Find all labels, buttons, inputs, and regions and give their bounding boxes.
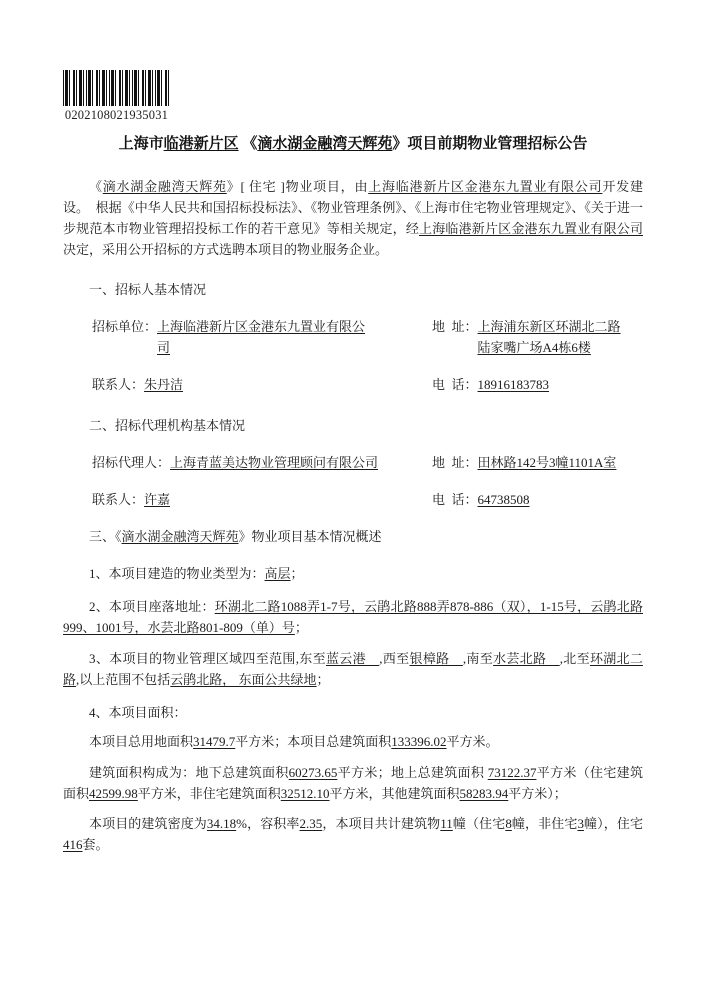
text-segment: 套。 bbox=[83, 837, 109, 852]
text-segment: 1、本项目建造的物业类型为： bbox=[89, 566, 265, 581]
text-segment: ； bbox=[291, 566, 304, 581]
underlined-text: 银樟路 bbox=[410, 651, 463, 666]
underlined-text: 34.18 bbox=[207, 816, 236, 831]
text-segment: 》物业项目基本情况概述 bbox=[239, 529, 382, 544]
text-segment: ； bbox=[295, 620, 308, 635]
field-value: 田林路142号3幢1101A室 bbox=[478, 452, 617, 473]
text-segment: 》项目前期物业管理招标公告 bbox=[392, 136, 587, 152]
underlined-text: 11 bbox=[440, 816, 453, 831]
text-segment: ,北至 bbox=[560, 651, 590, 666]
intro-paragraph: 《滴水湖金融湾天辉苑》[ 住宅 ]物业项目，由上海临港新片区金港东九置业有限公司… bbox=[63, 176, 643, 260]
underlined-text: 高层 bbox=[265, 566, 291, 581]
field-label: 联系人： bbox=[92, 374, 144, 395]
field-value: 上海临港新片区金港东九置业有限公司 bbox=[157, 316, 371, 358]
text-segment: 3、本项目的物业管理区域四至范围,东至 bbox=[89, 651, 326, 666]
underlined-text: 水芸北路 bbox=[493, 651, 560, 666]
item-location: 2、本项目座落地址：环湖北二路1088弄1-7号，云鹃北路888弄878-886… bbox=[63, 596, 643, 638]
text-segment: 平方米；本项目总建筑面积 bbox=[235, 734, 391, 749]
barcode-number: 0202108021935031 bbox=[63, 107, 170, 123]
text-segment: 本项目总用地面积 bbox=[89, 734, 193, 749]
underlined-text: 31479.7 bbox=[193, 734, 235, 749]
text-segment: 平方米，其他建筑面积 bbox=[330, 786, 460, 801]
section2-row-1: 招标代理人： 上海青蓝美达物业管理顾问有限公司 地 址： 田林路142号3幢11… bbox=[63, 452, 643, 473]
text-segment: 平方米；地上总建筑面积 bbox=[337, 765, 487, 780]
underlined-text: 133396.02 bbox=[391, 734, 446, 749]
text-segment: %，容积率 bbox=[236, 816, 299, 831]
text-segment: 三、《 bbox=[89, 529, 122, 544]
field-value: 上海浦东新区环湖北二路陆家嘴广场A4栋6楼 bbox=[478, 316, 630, 358]
section3-heading: 三、《滴水湖金融湾天辉苑》物业项目基本情况概述 bbox=[63, 526, 643, 547]
underlined-text: 42599.98 bbox=[89, 786, 138, 801]
field-contact: 联系人： 许嘉 bbox=[92, 489, 432, 510]
text-segment: 上海市 bbox=[119, 136, 164, 152]
field-phone: 电 话： 64738508 bbox=[432, 489, 643, 510]
text-segment: 《 bbox=[239, 136, 258, 152]
field-label: 联系人： bbox=[92, 489, 144, 510]
section1-row-1: 招标单位： 上海临港新片区金港东九置业有限公司 地 址： 上海浦东新区环湖北二路… bbox=[63, 316, 643, 358]
underlined-text: 滴水湖金融湾天辉苑 bbox=[122, 529, 239, 544]
text-segment: 幢（住宅 bbox=[453, 816, 506, 831]
underlined-text: 蓝云港 bbox=[326, 651, 379, 666]
paragraph-area-composition: 建筑面积构成为：地下总建筑面积60273.65平方米；地上总建筑面积 73122… bbox=[63, 762, 643, 804]
item-property-type: 1、本项目建造的物业类型为：高层； bbox=[63, 563, 643, 584]
underlined-text: 73122.37 bbox=[488, 765, 537, 780]
item-area-heading: 4、本项目面积： bbox=[63, 702, 643, 723]
section2-row-2: 联系人： 许嘉 电 话： 64738508 bbox=[63, 489, 643, 510]
document-page: 0202108021935031 上海市临港新片区 《滴水湖金融湾天辉苑》项目前… bbox=[0, 0, 706, 1000]
field-address: 地 址： 上海浦东新区环湖北二路陆家嘴广场A4栋6楼 bbox=[432, 316, 643, 358]
text-segment: 本项目的建筑密度为 bbox=[89, 816, 207, 831]
underlined-text: 上海临港新片区金港东九置业有限公司 bbox=[419, 221, 643, 236]
text-segment: 2、本项目座落地址： bbox=[89, 599, 215, 614]
text-segment: 决定，采用公开招标的方式选聘本项目的物业服务企业。 bbox=[63, 242, 388, 257]
field-address: 地 址： 田林路142号3幢1101A室 bbox=[432, 452, 643, 473]
field-value: 18916183783 bbox=[478, 374, 550, 395]
text-segment: ，本项目共计建筑物 bbox=[322, 816, 440, 831]
item-boundaries: 3、本项目的物业管理区域四至范围,东至蓝云港 ,西至银樟路 ,南至水芸北路 ,北… bbox=[63, 648, 643, 690]
barcode: 0202108021935031 bbox=[63, 70, 170, 123]
underlined-text: 滴水湖金融湾天辉苑 bbox=[257, 136, 392, 152]
paragraph-total-area: 本项目总用地面积31479.7平方米；本项目总建筑面积133396.02平方米。 bbox=[63, 731, 643, 752]
text-segment: 平方米）； bbox=[508, 786, 567, 801]
underlined-text: 滴水湖金融湾天辉苑 bbox=[103, 179, 227, 194]
text-segment: ； bbox=[317, 672, 330, 687]
field-value: 许嘉 bbox=[144, 489, 170, 510]
field-value: 上海青蓝美达物业管理顾问有限公司 bbox=[170, 452, 378, 473]
field-agent: 招标代理人： 上海青蓝美达物业管理顾问有限公司 bbox=[92, 452, 432, 473]
underlined-text: 上海临港新片区金港东九置业有限公司 bbox=[368, 179, 602, 194]
underlined-text: 416 bbox=[63, 837, 83, 852]
barcode-bars-icon bbox=[63, 70, 170, 106]
field-label: 电 话： bbox=[432, 374, 478, 395]
section1-row-2: 联系人： 朱丹洁 电 话： 18916183783 bbox=[63, 374, 643, 395]
field-label: 电 话： bbox=[432, 489, 478, 510]
text-segment: 平方米。 bbox=[447, 734, 499, 749]
paragraph-density: 本项目的建筑密度为34.18%，容积率2.35，本项目共计建筑物11幢（住宅8幢… bbox=[63, 813, 643, 855]
text-segment: 幢），住宅 bbox=[584, 816, 643, 831]
field-label: 招标单位： bbox=[92, 316, 157, 358]
section2-heading: 二、招标代理机构基本情况 bbox=[63, 415, 643, 436]
field-label: 地 址： bbox=[432, 316, 478, 358]
section1-heading: 一、招标人基本情况 bbox=[63, 279, 643, 300]
field-value: 朱丹洁 bbox=[144, 374, 183, 395]
field-label: 地 址： bbox=[432, 452, 478, 473]
field-label: 招标代理人： bbox=[92, 452, 170, 473]
underlined-text: 2.35 bbox=[300, 816, 323, 831]
text-segment: 平方米，非住宅建筑面积 bbox=[138, 786, 281, 801]
underlined-text: 32512.10 bbox=[281, 786, 330, 801]
underlined-text: 云鹃北路， 东面公共绿地 bbox=[170, 672, 316, 687]
field-value: 64738508 bbox=[478, 489, 530, 510]
text-segment: 建筑面积构成为：地下总建筑面积 bbox=[89, 765, 289, 780]
field-bid-unit: 招标单位： 上海临港新片区金港东九置业有限公司 bbox=[92, 316, 432, 358]
text-segment: ,南至 bbox=[463, 651, 493, 666]
field-contact: 联系人： 朱丹洁 bbox=[92, 374, 432, 395]
text-segment: 《 bbox=[89, 179, 103, 194]
underlined-text: 60273.65 bbox=[289, 765, 338, 780]
underlined-text: 58283.94 bbox=[460, 786, 509, 801]
text-segment: 》[ 住宅 ]物业项目，由 bbox=[227, 179, 368, 194]
text-segment: ,以上范围不包括 bbox=[76, 672, 170, 687]
underlined-text: 临港新片区 bbox=[164, 136, 239, 152]
text-segment: 幢，非住宅 bbox=[512, 816, 578, 831]
document-title: 上海市临港新片区 《滴水湖金融湾天辉苑》项目前期物业管理招标公告 bbox=[63, 135, 643, 154]
field-phone: 电 话： 18916183783 bbox=[432, 374, 643, 395]
text-segment: ,西至 bbox=[379, 651, 409, 666]
